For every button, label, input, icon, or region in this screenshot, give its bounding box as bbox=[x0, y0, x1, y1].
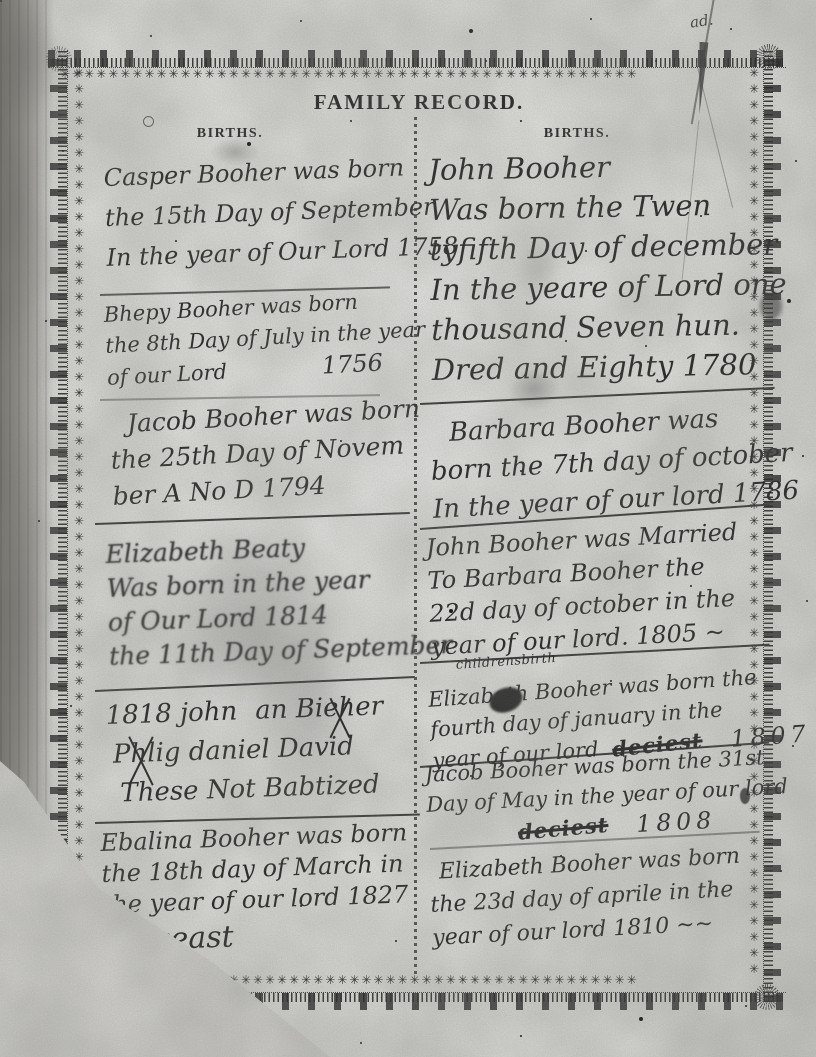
record-year: 1808 bbox=[636, 806, 717, 838]
corner-ornament bbox=[46, 46, 72, 72]
border-rosette-band-left: ✳✳✳✳✳✳✳✳✳✳✳✳✳✳✳✳✳✳✳✳✳✳✳✳✳✳✳✳✳✳✳✳✳✳✳✳✳✳✳✳… bbox=[69, 66, 85, 974]
record-line: John Booher bbox=[428, 144, 785, 190]
corner-ornament bbox=[756, 44, 782, 70]
record-line: Dred and Eighty 1780 bbox=[431, 344, 788, 390]
ink-ring-mark bbox=[143, 116, 154, 127]
births-header-right: BIRTHS. bbox=[487, 126, 667, 142]
page-title: FAMILY RECORD. bbox=[119, 90, 719, 115]
paper-speckles bbox=[0, 0, 2, 2]
border-rosette-band-top: ✳✳✳✳✳✳✳✳✳✳✳✳✳✳✳✳✳✳✳✳✳✳✳✳✳✳✳✳✳✳✳✳✳✳✳✳✳✳✳✳… bbox=[60, 68, 760, 84]
record-line-text: 1818 john bbox=[105, 696, 238, 731]
scanned-family-record-page: ✳✳✳✳✳✳✳✳✳✳✳✳✳✳✳✳✳✳✳✳✳✳✳✳✳✳✳✳✳✳✳✳✳✳✳✳✳✳✳✳… bbox=[0, 0, 816, 1057]
record-line-text: of our Lord bbox=[106, 360, 227, 390]
record-entry-casper-booher: Casper Booher was born the 15th Day of S… bbox=[103, 146, 459, 278]
corner-ornament bbox=[754, 984, 780, 1010]
strike-x-mark bbox=[318, 696, 360, 740]
births-header-left: BIRTHS. bbox=[140, 126, 320, 142]
pencil-scribble: ad. bbox=[689, 10, 715, 31]
record-line: tyfifth Day of december bbox=[429, 224, 786, 270]
record-entry-barbara-booher-1786: Barbara Booher was born the 7th day of o… bbox=[428, 396, 800, 529]
record-line: In the yeare of Lord one bbox=[430, 264, 787, 310]
record-year: 1756 bbox=[321, 348, 383, 379]
record-entry-jacob-booher-1794: Jacob Booher was born the 25th Day of No… bbox=[108, 391, 425, 515]
record-entry-elizabeth-beaty: Elizabeth Beaty Was born in the year of … bbox=[105, 526, 453, 674]
struck-text: deciest bbox=[517, 810, 610, 848]
record-line: thousand Seven hun. bbox=[431, 304, 788, 350]
record-entry-john-booher-1780: John Booher Was born the Twen tyfifth Da… bbox=[428, 144, 788, 390]
record-entry-jacob-booher-1808: Jacob Booher was born the 31st Day of Ma… bbox=[424, 741, 790, 851]
border-comb-top bbox=[48, 50, 786, 68]
record-entry-elizabeth-booher-1810: Elizabeth Booher was born the 23d day of… bbox=[428, 840, 744, 955]
record-entry-bhepy-booher: Bhepy Booher was born the 8th Day of Jul… bbox=[103, 283, 428, 394]
ruled-separator bbox=[95, 512, 410, 525]
strike-x-mark bbox=[120, 734, 160, 788]
